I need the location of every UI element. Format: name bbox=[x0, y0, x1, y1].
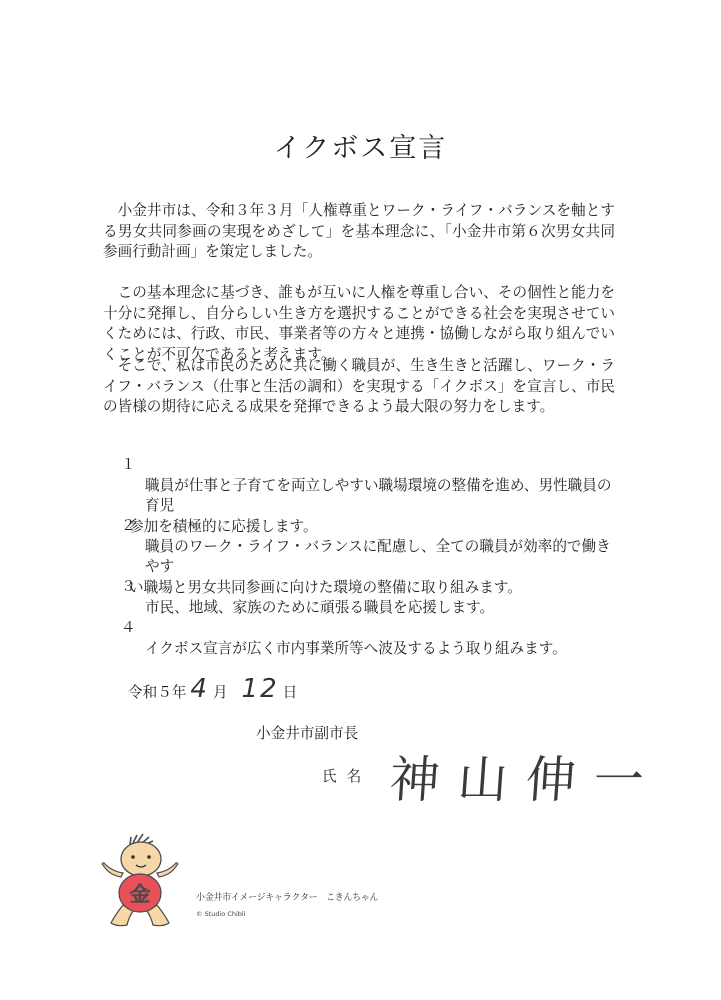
pledge-number: １ bbox=[121, 455, 136, 476]
declaration-date: 令和５年 4 月 12 日 bbox=[128, 674, 297, 704]
mascot-icon: 金 bbox=[97, 833, 183, 929]
date-day-handwritten: 12 bbox=[242, 674, 279, 704]
pledge-number: ３ bbox=[121, 577, 136, 598]
signatory-position: 小金井市副市長 bbox=[256, 722, 358, 743]
document-page: イクボス宣言 小金井市は、令和３年３月「人権尊重とワーク・ライフ・バランスを軸と… bbox=[0, 0, 721, 1000]
mascot-caption: 小金井市イメージキャラクター こきんちゃん bbox=[196, 890, 378, 903]
paragraph-declaration: そこで、私は市民のために共に働く職員が、生き生きと活躍し、ワーク・ライフ・バラン… bbox=[103, 356, 615, 418]
pledge-text: イクボス宣言が広く市内事業所等へ波及するよう取り組みます。 bbox=[145, 618, 615, 659]
pledge-number: ４ bbox=[121, 618, 136, 639]
pledge-text: 市民、地域、家族のために頑張る職員を応援します。 bbox=[145, 577, 615, 618]
document-title: イクボス宣言 bbox=[0, 126, 721, 165]
signatory-name-label: 氏名 bbox=[322, 765, 371, 786]
svg-text:金: 金 bbox=[130, 882, 150, 906]
paragraph-principle: この基本理念に基づき、誰もが互いに人権を尊重し合い、その個性と能力を十分に発揮し… bbox=[103, 283, 615, 365]
date-month-handwritten: 4 bbox=[190, 674, 209, 704]
mascot-kokinchan-illustration: 金 bbox=[97, 833, 183, 929]
paragraph-intro: 小金井市は、令和３年３月「人権尊重とワーク・ライフ・バランスを軸とする男女共同参… bbox=[103, 201, 615, 263]
pledge-number: ２ bbox=[121, 516, 136, 537]
pledge-text-line1: 職員が仕事と子育てを両立しやすい職場環境の整備を進め、男性職員の育児 bbox=[145, 477, 611, 515]
pledge-text-line1: 職員のワーク・ライフ・バランスに配慮し、全ての職員が効率的で働きやす bbox=[145, 538, 611, 576]
date-month-suffix: 月 bbox=[213, 681, 228, 702]
pledge-text-line1: 市民、地域、家族のために頑張る職員を応援します。 bbox=[145, 599, 494, 616]
mascot-copyright: © Studio Chibli bbox=[196, 910, 246, 918]
pledge-text-line1: イクボス宣言が広く市内事業所等へ波及するよう取り組みます。 bbox=[145, 640, 567, 657]
date-day-suffix: 日 bbox=[283, 681, 298, 702]
date-era-year: 令和５年 bbox=[128, 681, 186, 702]
handwritten-signature: 神山伸一 bbox=[387, 740, 664, 812]
